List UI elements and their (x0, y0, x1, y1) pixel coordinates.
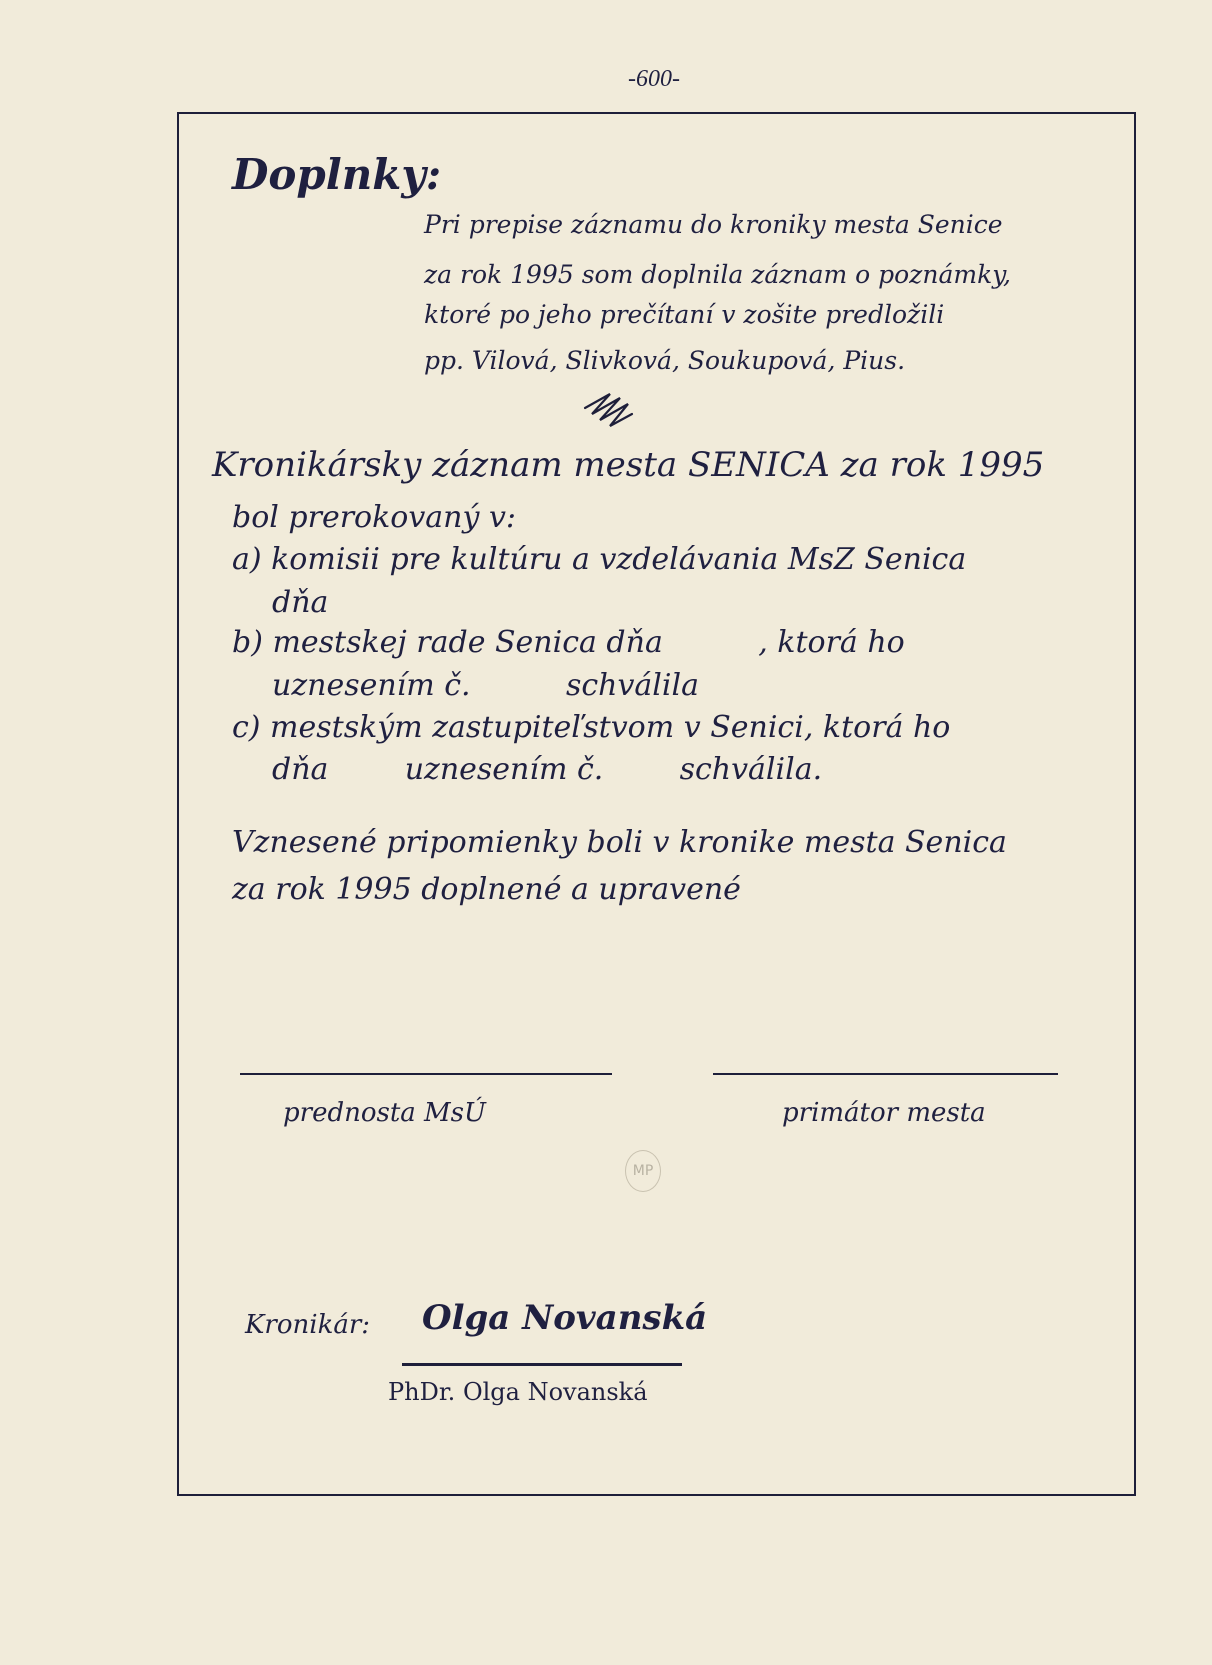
closing-line: za rok 1995 doplnené a upravené (232, 872, 741, 907)
record-item-a-cont: dňa (272, 585, 328, 620)
supplement-note-line: pp. Vilová, Slivková, Soukupová, Pius. (424, 346, 905, 375)
supplement-note-line: Pri prepise záznamu do kroniky mesta Sen… (424, 210, 1003, 239)
chronicler-signature-underline (402, 1363, 682, 1366)
closing-line: Vznesené pripomienky boli v kronike mest… (232, 825, 1007, 860)
record-item-b: b) mestskej rade Senica dňa , ktorá ho (232, 625, 905, 660)
supplement-note-line: za rok 1995 som doplnila záznam o poznám… (424, 260, 1011, 289)
signature-line-right (713, 1073, 1058, 1075)
chronicler-name: PhDr. Olga Novanská (388, 1378, 648, 1406)
section-separator-squiggle-icon (580, 390, 640, 430)
chronicler-label: Kronikár: (245, 1310, 370, 1340)
record-item-b-cont: uznesením č. schválila (272, 668, 699, 703)
page-number: -600- (628, 66, 680, 93)
record-intro: bol prerokovaný v: (232, 500, 516, 535)
chronicler-signature: Olga Novanská (422, 1298, 707, 1338)
signature-label-right: primátor mesta (782, 1098, 986, 1128)
supplement-note-line: ktoré po jeho prečítaní v zošite predlož… (424, 300, 944, 329)
faint-stamp: MP (625, 1150, 661, 1192)
record-item-c: c) mestským zastupiteľstvom v Senici, kt… (232, 710, 950, 745)
record-item-c-cont: dňa uznesením č. schválila. (272, 752, 822, 787)
signature-label-left: prednosta MsÚ (283, 1098, 486, 1128)
signature-line-left (240, 1073, 612, 1075)
record-title: Kronikársky záznam mesta SENICA za rok 1… (212, 445, 1044, 485)
record-item-a: a) komisii pre kultúru a vzdelávania MsZ… (232, 542, 966, 577)
supplement-heading: Doplnky: (232, 150, 441, 199)
